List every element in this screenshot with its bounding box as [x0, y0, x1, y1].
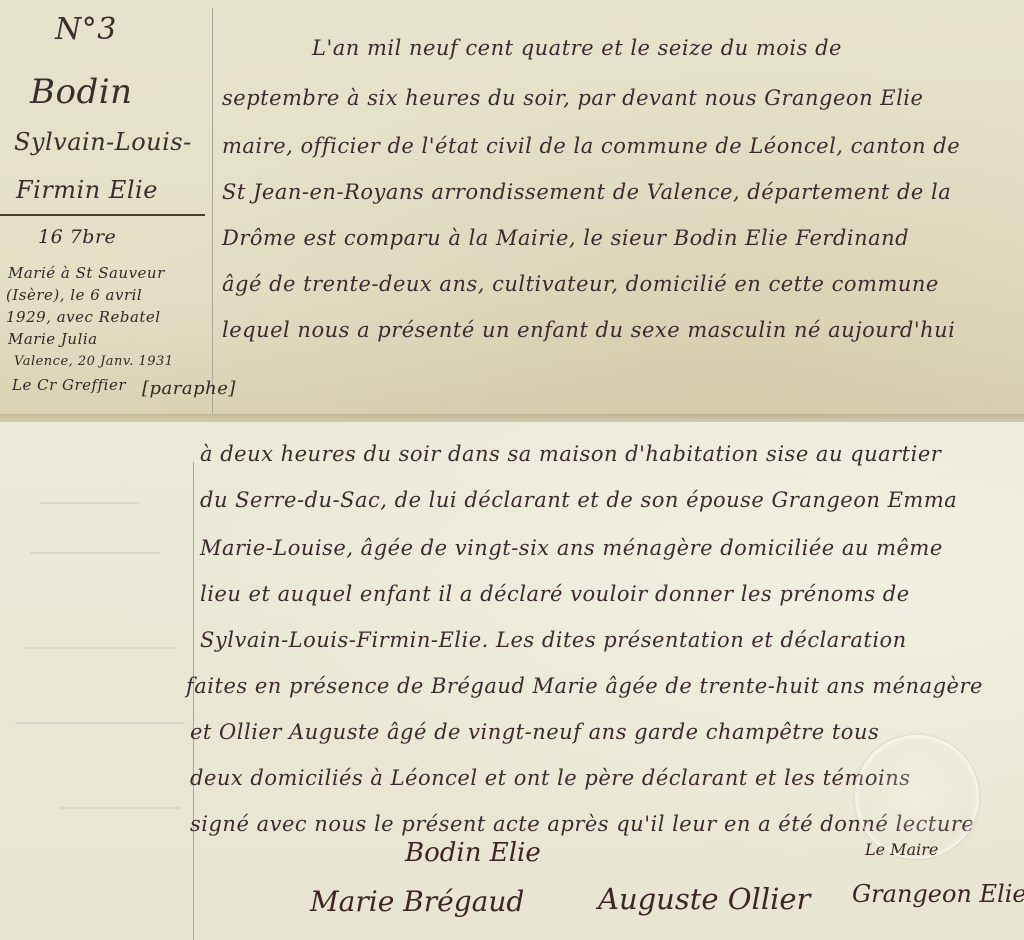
show-through-mark — [25, 647, 175, 649]
body-line: maire, officier de l'état civil de la co… — [222, 134, 960, 158]
body-line: L'an mil neuf cent quatre et le seize du… — [312, 36, 842, 60]
body-line: Marie-Louise, âgée de vingt-six ans ména… — [200, 536, 943, 560]
body-line: deux domiciliés à Léoncel et ont le père… — [190, 766, 911, 790]
margin-annotation-line: 1929, avec Rebatel — [6, 308, 161, 326]
signature-witness-1: Marie Brégaud — [310, 885, 524, 918]
signature-mayor: Grangeon Elie — [852, 880, 1024, 908]
show-through-mark — [15, 722, 185, 724]
body-line: St Jean-en-Royans arrondissement de Vale… — [222, 180, 951, 204]
body-line: âgé de trente-deux ans, cultivateur, dom… — [222, 272, 939, 296]
margin-rule — [212, 8, 213, 413]
margin-annotation-line: (Isère), le 6 avril — [6, 286, 142, 304]
body-line: du Serre-du-Sac, de lui déclarant et de … — [200, 488, 957, 512]
body-line: Drôme est comparu à la Mairie, le sieur … — [222, 226, 909, 250]
body-line: et Ollier Auguste âgé de vingt-neuf ans … — [190, 720, 879, 744]
show-through-mark — [60, 807, 180, 809]
margin-date: 16 7bre — [38, 226, 116, 248]
margin-given-names-1: Sylvain-Louis- — [14, 128, 192, 156]
body-line: lieu et auquel enfant il a déclaré voulo… — [200, 582, 910, 606]
show-through-mark — [30, 552, 160, 554]
signature-witness-2: Auguste Ollier — [598, 882, 810, 916]
body-line: lequel nous a présenté un enfant du sexe… — [222, 318, 955, 342]
act-number: N°3 — [55, 12, 117, 47]
body-line: à deux heures du soir dans sa maison d'h… — [200, 442, 941, 466]
margin-surname: Bodin — [30, 72, 133, 112]
body-line: signé avec nous le présent acte après qu… — [190, 812, 974, 836]
margin-divider — [0, 214, 205, 216]
clerk-initials: [paraphe] — [142, 378, 236, 399]
signature-father: Bodin Elie — [405, 838, 541, 868]
mayor-title: Le Maire — [865, 840, 938, 859]
body-line: Sylvain-Louis-Firmin-Elie. Les dites pré… — [200, 628, 907, 652]
margin-rule — [193, 462, 194, 940]
register-page-top: N°3 Bodin Sylvain-Louis- Firmin Elie 16 … — [0, 0, 1024, 420]
show-through-mark — [40, 502, 140, 504]
margin-annotation-line: Valence, 20 Janv. 1931 — [14, 354, 174, 369]
margin-given-names-2: Firmin Elie — [16, 176, 158, 204]
margin-annotation-line: Marie Julia — [8, 330, 98, 348]
margin-annotation-line: Le Cr Greffier — [12, 376, 126, 394]
margin-annotation-line: Marié à St Sauveur — [8, 264, 165, 282]
body-line: septembre à six heures du soir, par deva… — [222, 86, 923, 110]
body-line: faites en présence de Brégaud Marie âgée… — [186, 674, 983, 698]
